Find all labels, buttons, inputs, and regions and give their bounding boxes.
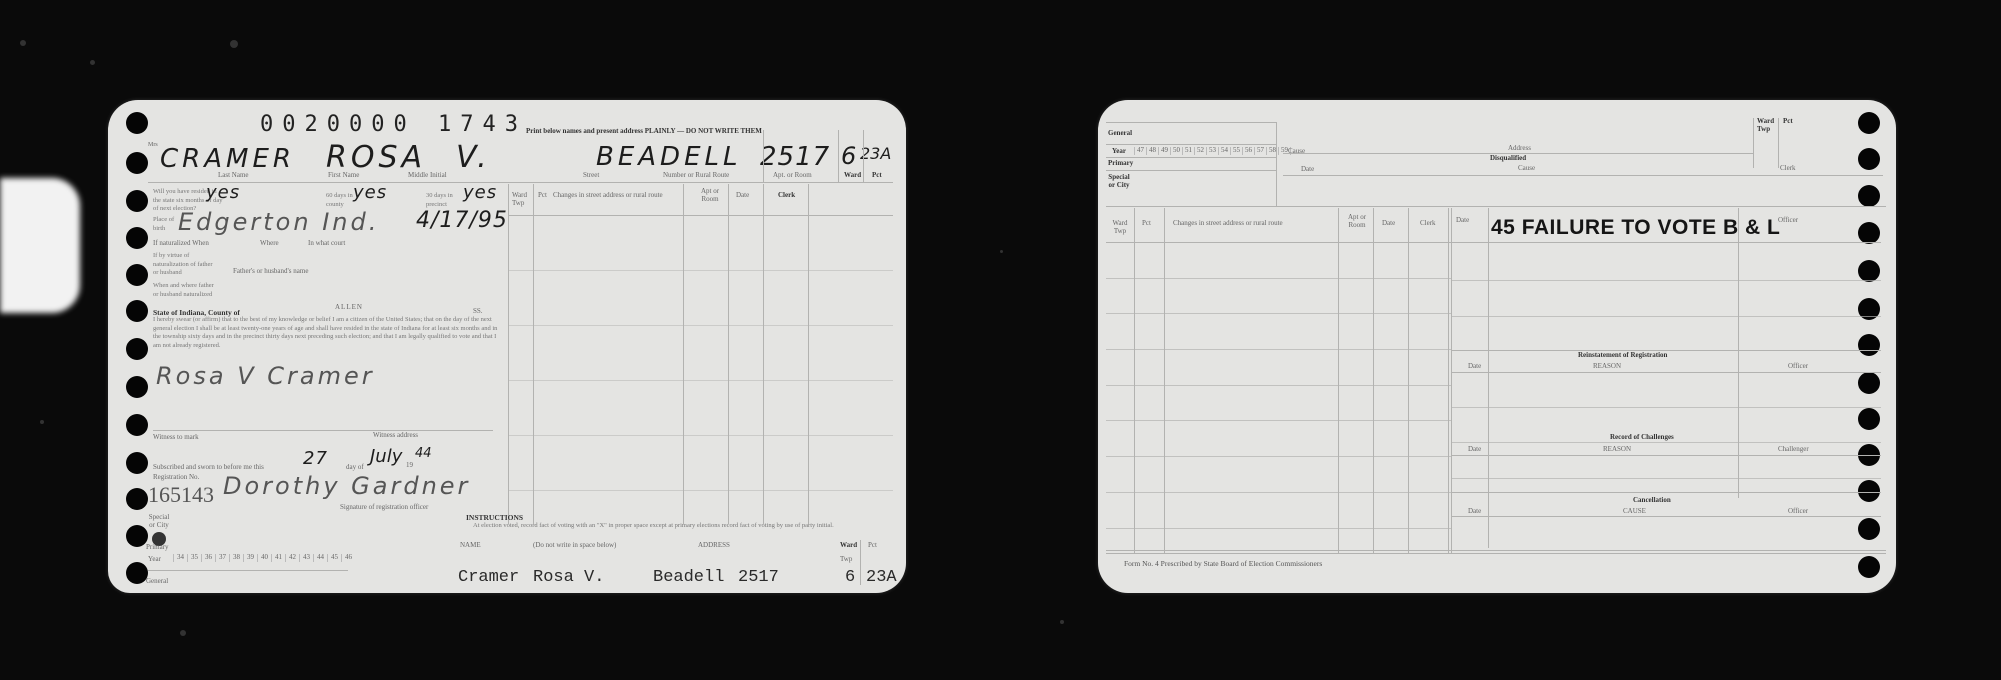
divider — [1106, 349, 1451, 350]
form-footer: Form No. 4 Prescribed by State Board of … — [1124, 560, 1322, 568]
year-cell: 52 — [1194, 147, 1206, 155]
sworn-day: 27 — [303, 448, 328, 469]
divider — [1408, 208, 1409, 553]
year-cell: 44 — [313, 554, 327, 562]
film-speckle — [180, 630, 186, 636]
label-father-name: Father's or husband's name — [233, 268, 308, 276]
divider — [1451, 407, 1881, 408]
label-do-not-write: (Do not write in space below) — [533, 542, 616, 550]
label-street: Street — [583, 172, 599, 180]
year-cell: 39 — [243, 554, 257, 562]
divider — [508, 490, 893, 491]
punch-hole — [1858, 260, 1880, 282]
year-cell: 49 — [1158, 147, 1170, 155]
divider — [838, 130, 839, 182]
year-cell: 56 — [1242, 147, 1254, 155]
label-disqualified: Disqualified — [1490, 155, 1526, 163]
year-cell: 41 — [271, 554, 285, 562]
label-what-court: In what court — [308, 240, 345, 248]
registration-card-front: 0020000 1743 Print below names and prese… — [108, 100, 906, 593]
year-cell: 34 — [173, 554, 187, 562]
label-apt: Apt. or Room — [773, 172, 812, 180]
divider — [1106, 528, 1451, 529]
divider — [1106, 492, 1451, 493]
divider — [508, 215, 893, 216]
divider — [728, 184, 729, 524]
precinct-answer: yes — [463, 182, 497, 203]
label-pct-bottom: Pct — [868, 542, 877, 550]
punch-hole — [126, 562, 148, 584]
divider — [1106, 420, 1451, 421]
county-name: ALLEN — [335, 304, 363, 312]
divider — [508, 380, 893, 381]
divider — [1106, 550, 1886, 551]
label-by-virtue: If by virtue of naturalization of father… — [153, 252, 218, 278]
instructions-text: At election voted, record fact of voting… — [473, 522, 873, 531]
resided-state-answer: yes — [206, 182, 240, 203]
label-when-where: When and where father or husband natural… — [153, 282, 218, 299]
label-pct: Pct — [872, 172, 882, 180]
punch-hole — [126, 300, 148, 322]
label-address: Address — [1508, 145, 1531, 153]
label-year: Year — [148, 556, 161, 564]
year-cell: 57 — [1254, 147, 1266, 155]
county-answer: yes — [353, 182, 387, 203]
divider — [148, 182, 893, 183]
header-apt-room: Apt or Room — [1343, 214, 1371, 229]
challenges-challenger: Challenger — [1778, 446, 1809, 454]
year-cell: 54 — [1218, 147, 1230, 155]
label-cause: Cause — [1288, 148, 1305, 156]
typed-number: 2517 — [738, 568, 779, 587]
header-changes: Changes in street address or rural route — [1173, 220, 1283, 228]
divider — [1283, 153, 1753, 154]
label-where: Where — [260, 240, 279, 248]
failure-to-vote-stamp: 45 FAILURE TO VOTE B & L — [1491, 216, 1780, 240]
year-cell: 45 — [327, 554, 341, 562]
year-cell: 46 — [341, 554, 355, 562]
year-cell: 42 — [285, 554, 299, 562]
divider — [1451, 208, 1452, 553]
punch-hole — [126, 264, 148, 286]
divider — [533, 184, 534, 524]
divider — [1276, 122, 1277, 206]
label-notice-date: Date — [1456, 217, 1469, 225]
divider — [1338, 208, 1339, 553]
label-primary: Primary — [146, 544, 169, 552]
divider — [863, 130, 864, 182]
film-speckle — [1060, 620, 1064, 624]
punch-hole — [126, 152, 148, 174]
divider — [1106, 122, 1276, 123]
header-instruction: Print below names and present address PL… — [526, 128, 762, 136]
label-number: Number or Rural Route — [663, 172, 729, 180]
challenges-title: Record of Challenges — [1610, 434, 1674, 442]
label-ward: Ward — [844, 172, 861, 180]
divider — [1451, 478, 1881, 479]
divider — [148, 570, 348, 571]
label-general: General — [146, 578, 168, 586]
label-pct: Pct — [1783, 118, 1793, 126]
year-cell: 51 — [1182, 147, 1194, 155]
typed-ward: 6 — [845, 568, 855, 587]
label-witness-address: Witness address — [373, 432, 418, 440]
punch-hole — [126, 190, 148, 212]
film-speckle — [40, 420, 44, 424]
punch-hole — [126, 376, 148, 398]
year-cell: 43 — [299, 554, 313, 562]
punch-hole — [126, 488, 148, 510]
punch-hole — [1858, 222, 1880, 244]
divider — [1106, 144, 1276, 145]
birth-date-handwritten: 4/17/95 — [416, 208, 508, 233]
number-handwritten: 2517 — [760, 142, 830, 172]
blurred-card-edge — [0, 178, 80, 313]
divider — [1451, 316, 1881, 317]
cancellation-title: Cancellation — [1633, 497, 1671, 505]
voter-signature: Rosa V Cramer — [156, 362, 375, 390]
typed-first-name: Rosa V. — [533, 568, 604, 587]
label-primary: Primary — [1108, 160, 1133, 168]
year-cell: 35 — [187, 554, 201, 562]
divider — [1451, 372, 1881, 373]
label-special: Special or City — [1108, 174, 1130, 189]
label-year: Year — [1112, 148, 1126, 156]
punch-hole — [126, 452, 148, 474]
label-witness-mark: Witness to mark — [153, 434, 199, 442]
label-changes: Changes in street address or rural route — [553, 192, 663, 200]
punch-hole — [1858, 334, 1880, 356]
label-apt-room: Apt or Room — [696, 188, 724, 203]
year-cell: 38 — [229, 554, 243, 562]
cancellation-officer: Officer — [1788, 508, 1808, 516]
title-prefix: Mrs — [148, 142, 158, 149]
back-year-row: 47 48 49 50 51 52 53 54 55 56 57 58 59 — [1134, 147, 1291, 155]
instructions-title: INSTRUCTIONS — [466, 514, 523, 522]
divider — [1373, 208, 1374, 553]
label-first-name: First Name — [328, 172, 359, 180]
birth-place-handwritten: Edgerton Ind. — [178, 208, 379, 236]
divider — [1488, 208, 1489, 548]
label-registration-no: Registration No. — [153, 474, 199, 482]
divider — [1778, 118, 1779, 168]
divider — [1106, 157, 1276, 158]
label-naturalized: If naturalized When — [153, 240, 209, 248]
punch-hole — [126, 525, 148, 547]
year-cell: 40 — [257, 554, 271, 562]
punch-hole — [1858, 112, 1880, 134]
divider — [683, 184, 684, 524]
punch-hole — [1858, 185, 1880, 207]
label-ward-twp: Ward Twp — [512, 192, 532, 207]
label-notice-officer: Officer — [1778, 217, 1798, 225]
label-ss: SS. — [473, 308, 483, 316]
header-clerk: Clerk — [1420, 220, 1436, 228]
oath-text: I hereby swear (or affirm) that to the b… — [153, 316, 503, 350]
typed-last-name: Cramer — [458, 568, 519, 587]
challenges-reason: REASON — [1603, 446, 1631, 454]
header-ward-twp: Ward Twp — [1110, 220, 1130, 235]
label-clerk: Clerk — [778, 192, 795, 200]
divider — [508, 270, 893, 271]
divider — [1106, 242, 1451, 243]
divider — [1106, 385, 1451, 386]
divider — [508, 325, 893, 326]
year-cell: 48 — [1146, 147, 1158, 155]
film-speckle — [90, 60, 95, 65]
divider — [1451, 455, 1881, 456]
punch-hole — [1858, 556, 1880, 578]
film-speckle — [1000, 250, 1003, 253]
divider — [860, 540, 861, 585]
first-name-handwritten: ROSA — [326, 140, 426, 175]
label-twp-bottom: Twp — [840, 556, 852, 564]
label-sig-officer: Signature of registration officer — [340, 504, 428, 512]
cancellation-cause: CAUSE — [1623, 508, 1646, 516]
divider — [763, 184, 764, 524]
label-year-prefix: 19 — [406, 462, 413, 470]
punch-hole — [1858, 148, 1880, 170]
divider — [1451, 280, 1881, 281]
label-ward-twp: Ward Twp — [1757, 118, 1777, 133]
street-handwritten: BEADELL — [596, 142, 741, 172]
front-year-row: 34 35 36 37 38 39 40 41 42 43 44 45 46 — [173, 554, 355, 562]
label-subscribed: Subscribed and sworn to before me this — [153, 464, 264, 472]
last-name-handwritten: CRAMER — [160, 144, 295, 174]
divider — [1106, 206, 1886, 207]
divider — [1451, 442, 1881, 443]
typed-street: Beadell — [653, 568, 724, 587]
year-cell: 36 — [201, 554, 215, 562]
punch-hole — [1858, 372, 1880, 394]
ward-handwritten: 6 — [841, 142, 856, 170]
divider — [1451, 492, 1881, 493]
label-middle-initial: Middle Initial — [408, 172, 447, 180]
film-speckle — [230, 40, 238, 48]
reinstatement-reason: REASON — [1593, 363, 1621, 371]
label-address: ADDRESS — [698, 542, 730, 550]
divider — [1134, 208, 1135, 553]
registration-card-back: General Year Primary Special or City 47 … — [1098, 100, 1896, 593]
label-pct-short: Pct — [538, 192, 547, 200]
punch-hole — [126, 338, 148, 360]
header-pct: Pct — [1142, 220, 1151, 228]
punch-hole — [1858, 518, 1880, 540]
label-dq-cause: Cause — [1518, 165, 1535, 173]
challenges-date: Date — [1468, 446, 1481, 454]
label-name: NAME — [460, 542, 481, 550]
reinstatement-officer: Officer — [1788, 363, 1808, 371]
divider — [1283, 175, 1883, 176]
label-general: General — [1108, 130, 1132, 138]
label-special: Special or City — [148, 514, 170, 529]
divider — [1164, 208, 1165, 553]
cancellation-date: Date — [1468, 508, 1481, 516]
middle-initial-handwritten: V. — [456, 140, 491, 175]
punch-hole — [126, 227, 148, 249]
divider — [808, 184, 809, 524]
label-ward-bottom: Ward — [840, 542, 857, 550]
label-day-of: day of — [346, 464, 364, 472]
punch-hole — [1858, 480, 1880, 502]
registration-number: 165143 — [148, 482, 214, 508]
punch-hole — [126, 112, 148, 134]
divider — [1106, 553, 1886, 554]
divider — [1753, 118, 1754, 168]
divider — [1106, 170, 1276, 171]
year-cell: 55 — [1230, 147, 1242, 155]
divider — [1448, 208, 1449, 553]
punch-hole — [126, 414, 148, 436]
officer-signature: Dorothy Gardner — [223, 472, 470, 500]
precinct-handwritten: 23A — [860, 144, 891, 163]
divider — [763, 130, 764, 182]
divider — [1106, 456, 1451, 457]
typed-pct: 23A — [866, 568, 897, 587]
film-speckle — [20, 40, 26, 46]
label-dq-date: Date — [1301, 166, 1314, 174]
reinstatement-title: Reinstatement of Registration — [1578, 352, 1667, 360]
divider — [508, 435, 893, 436]
label-dq-clerk: Clerk — [1780, 165, 1796, 173]
year-cell: 37 — [215, 554, 229, 562]
year-cell: 47 — [1134, 147, 1146, 155]
year-cell: 50 — [1170, 147, 1182, 155]
divider — [1106, 313, 1451, 314]
label-date: Date — [736, 192, 749, 200]
label-last-name: Last Name — [218, 172, 249, 180]
sworn-month: July — [370, 446, 402, 467]
header-date: Date — [1382, 220, 1395, 228]
divider — [1106, 278, 1451, 279]
reinstatement-date: Date — [1468, 363, 1481, 371]
divider — [1451, 242, 1881, 243]
year-cell: 53 — [1206, 147, 1218, 155]
divider — [508, 184, 509, 524]
sworn-year: 44 — [415, 446, 432, 461]
divider — [153, 430, 493, 431]
divider — [1451, 516, 1881, 517]
punch-hole — [1858, 408, 1880, 430]
serial-number: 0020000 1743 — [260, 112, 527, 137]
